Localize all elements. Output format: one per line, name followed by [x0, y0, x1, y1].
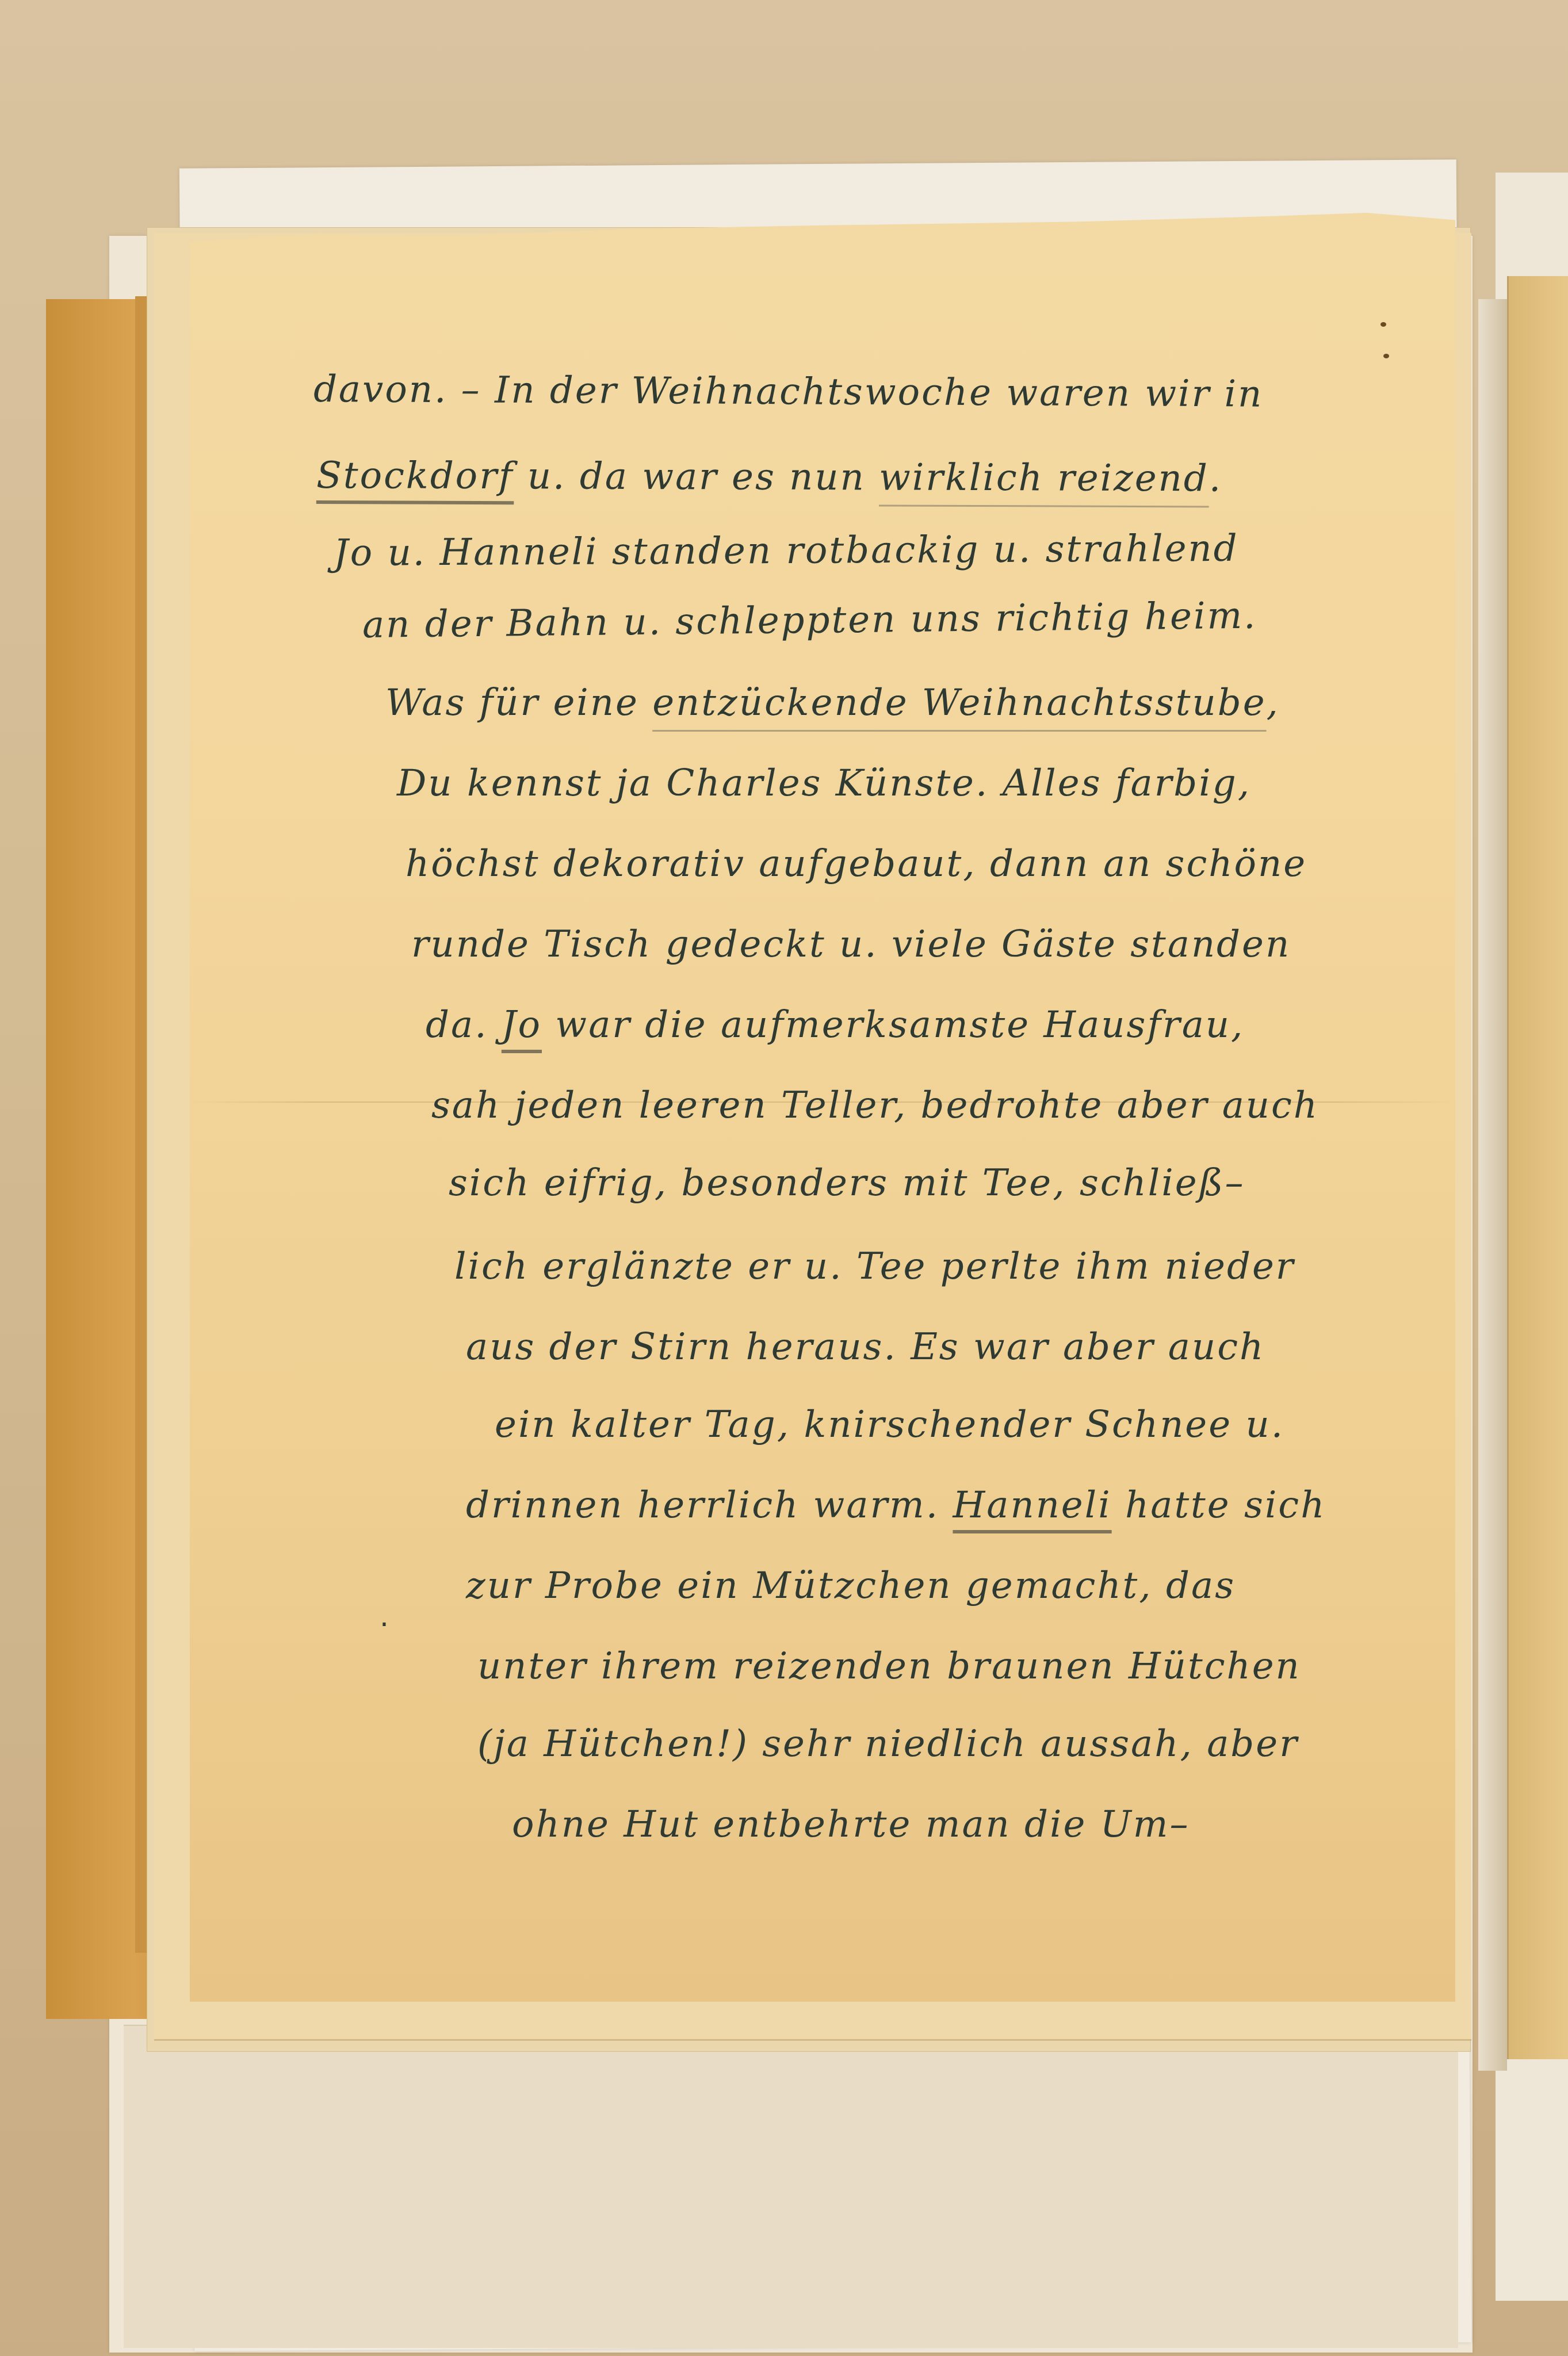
line-text: , — [1267, 682, 1280, 724]
line-text: davon. – In der Weihnachtswoche waren wi… — [313, 368, 1264, 416]
line-text: Jo u. Hanneli standen rotbackig u. strah… — [334, 527, 1239, 575]
line-text: (ja Hütchen!) sehr niedlich aussah, aber — [477, 1723, 1299, 1765]
text-line: ein kalter Tag, knirschender Schnee u. — [495, 1403, 1284, 1446]
line-text: war die aufmerksamste Hausfrau, — [542, 1004, 1244, 1046]
underlined-word: Jo — [502, 1004, 542, 1046]
line-text: sich eifrig, besonders mit Tee, schließ– — [449, 1162, 1245, 1204]
line-text: da. — [426, 1004, 502, 1046]
text-line: aus der Stirn heraus. Es war aber auch — [466, 1326, 1265, 1368]
line-text: drinnen herrlich warm. — [466, 1484, 953, 1527]
text-line: (ja Hütchen!) sehr niedlich aussah, aber — [477, 1723, 1299, 1765]
line-text: u. da war es nun — [514, 455, 879, 499]
underlined-word: Hanneli — [953, 1484, 1111, 1527]
text-line: zur Probe ein Mützchen gemacht, das — [466, 1565, 1236, 1607]
line-text: lich erglänzte er u. Tee perlte ihm nied… — [454, 1245, 1295, 1288]
underlined-word: wirklich reizend — [879, 456, 1209, 500]
line-text: Was für eine — [385, 682, 652, 724]
text-line: unter ihrem reizenden braunen Hütchen — [477, 1645, 1301, 1688]
line-text: Du kennst ja Charles Künste. Alles farbi… — [397, 762, 1251, 805]
backing-sheet-bottom — [124, 2025, 1458, 2348]
text-line: höchst dekorativ aufgebaut, dann an schö… — [406, 843, 1307, 885]
line-text: an der Bahn u. schleppten uns richtig he… — [362, 595, 1257, 647]
text-line: davon. – In der Weihnachtswoche waren wi… — [313, 368, 1264, 416]
line-text: zur Probe ein Mützchen gemacht, das — [466, 1565, 1236, 1607]
text-line: Du kennst ja Charles Künste. Alles farbi… — [397, 762, 1251, 805]
underlined-word: Stockdorf — [316, 454, 514, 498]
text-line: lich erglänzte er u. Tee perlte ihm nied… — [454, 1245, 1295, 1288]
text-line: Stockdorf u. da war es nun wirklich reiz… — [316, 454, 1222, 500]
adjacent-document — [1507, 276, 1568, 2059]
text-line: ohne Hut entbehrte man die Um– — [512, 1803, 1190, 1846]
line-text: runde Tisch gedeckt u. viele Gäste stand… — [411, 923, 1291, 966]
text-line: Was für eine entzückende Weihnachtsstube… — [385, 682, 1280, 724]
underlined-word: entzückende Weihnachtsstube — [652, 682, 1266, 724]
text-line: sich eifrig, besonders mit Tee, schließ– — [449, 1162, 1245, 1204]
handwritten-text: davon. – In der Weihnachtswoche waren wi… — [190, 213, 1455, 2002]
text-line: drinnen herrlich warm. Hanneli hatte sic… — [466, 1484, 1326, 1527]
text-line: da. Jo war die aufmerksamste Hausfrau, — [426, 1004, 1244, 1046]
margin-dot: · — [380, 1608, 389, 1641]
text-line: runde Tisch gedeckt u. viele Gäste stand… — [411, 923, 1291, 966]
line-text: ein kalter Tag, knirschender Schnee u. — [495, 1403, 1284, 1446]
line-text: hatte sich — [1112, 1484, 1326, 1527]
line-text: aus der Stirn heraus. Es war aber auch — [466, 1326, 1265, 1368]
text-line: Jo u. Hanneli standen rotbackig u. strah… — [334, 527, 1239, 575]
text-line: sah jeden leeren Teller, bedrohte aber a… — [431, 1084, 1319, 1127]
line-text: sah jeden leeren Teller, bedrohte aber a… — [431, 1084, 1319, 1127]
text-line: an der Bahn u. schleppten uns richtig he… — [362, 595, 1257, 647]
adjacent-stack-spine — [1478, 299, 1507, 2071]
line-text: . — [1209, 457, 1223, 500]
line-text: höchst dekorativ aufgebaut, dann an schö… — [406, 843, 1307, 885]
line-text: ohne Hut entbehrte man die Um– — [512, 1803, 1190, 1846]
manuscript-page: davon. – In der Weihnachtswoche waren wi… — [190, 213, 1455, 2002]
line-text: unter ihrem reizenden braunen Hütchen — [477, 1645, 1301, 1688]
